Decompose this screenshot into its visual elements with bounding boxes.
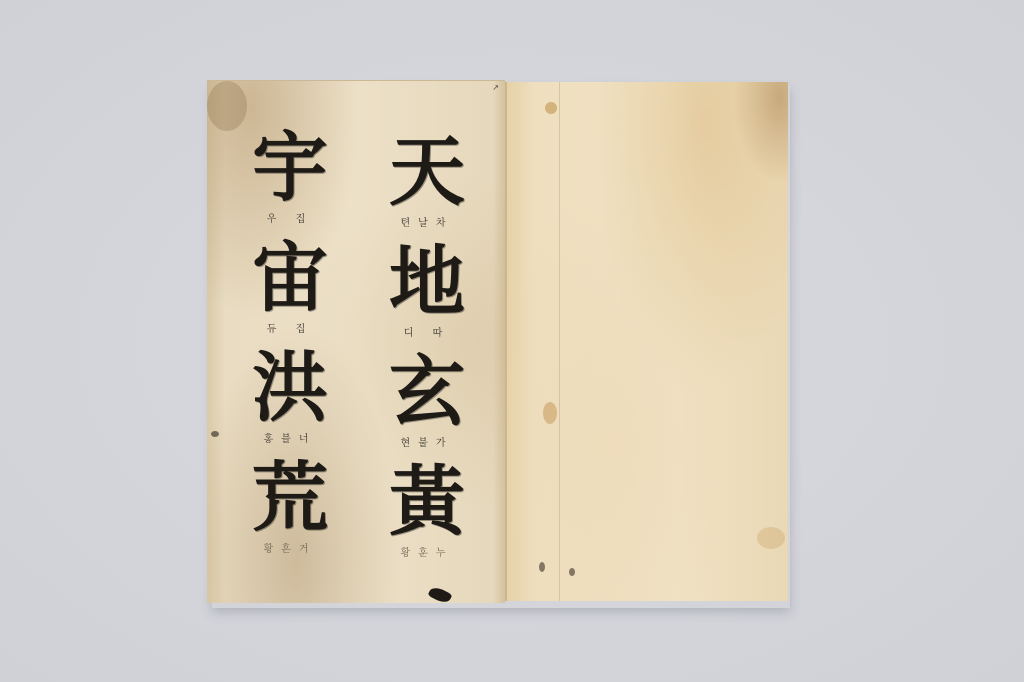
hangul-gloss: 황흔거	[264, 541, 317, 565]
hangul-gloss: 텬날차	[401, 215, 454, 239]
hanja-char: 黃	[389, 459, 465, 545]
ink-stroke-fragment	[427, 585, 452, 603]
corner-wear	[207, 81, 247, 131]
right-page	[505, 82, 788, 601]
left-page: ↗ 天 텬날차 地 디 따 玄 현불가 黃 황훈누 宇 우 집 宙 듀 집 洪 …	[207, 80, 505, 603]
hanja-char: 荒	[252, 455, 328, 541]
hangul-gloss: 듀 집	[267, 321, 314, 345]
ink-smudge	[569, 568, 575, 576]
ink-smudge	[211, 431, 219, 437]
fold-line	[559, 82, 560, 601]
stain	[757, 527, 785, 549]
column-right: 天 텬날차 地 디 따 玄 현불가 黃 황훈누	[367, 129, 487, 569]
ink-smudge	[539, 562, 545, 572]
column-left: 宇 우 집 宙 듀 집 洪 홍블너 荒 황흔거	[235, 125, 345, 565]
hanja-char: 洪	[252, 345, 328, 431]
hanja-char: 地	[389, 239, 465, 325]
page-mark: ↗	[492, 83, 499, 92]
stain	[543, 402, 557, 424]
hanja-char: 宙	[252, 235, 328, 321]
hangul-gloss: 디 따	[404, 325, 451, 349]
hangul-gloss: 현불가	[401, 435, 454, 459]
hanja-char: 宇	[252, 125, 328, 211]
hangul-gloss: 황훈누	[401, 545, 454, 569]
hanja-char: 玄	[389, 349, 465, 435]
hanja-char: 天	[389, 129, 465, 215]
hangul-gloss: 우 집	[267, 211, 314, 235]
hangul-gloss: 홍블너	[264, 431, 317, 455]
stain	[545, 102, 557, 114]
